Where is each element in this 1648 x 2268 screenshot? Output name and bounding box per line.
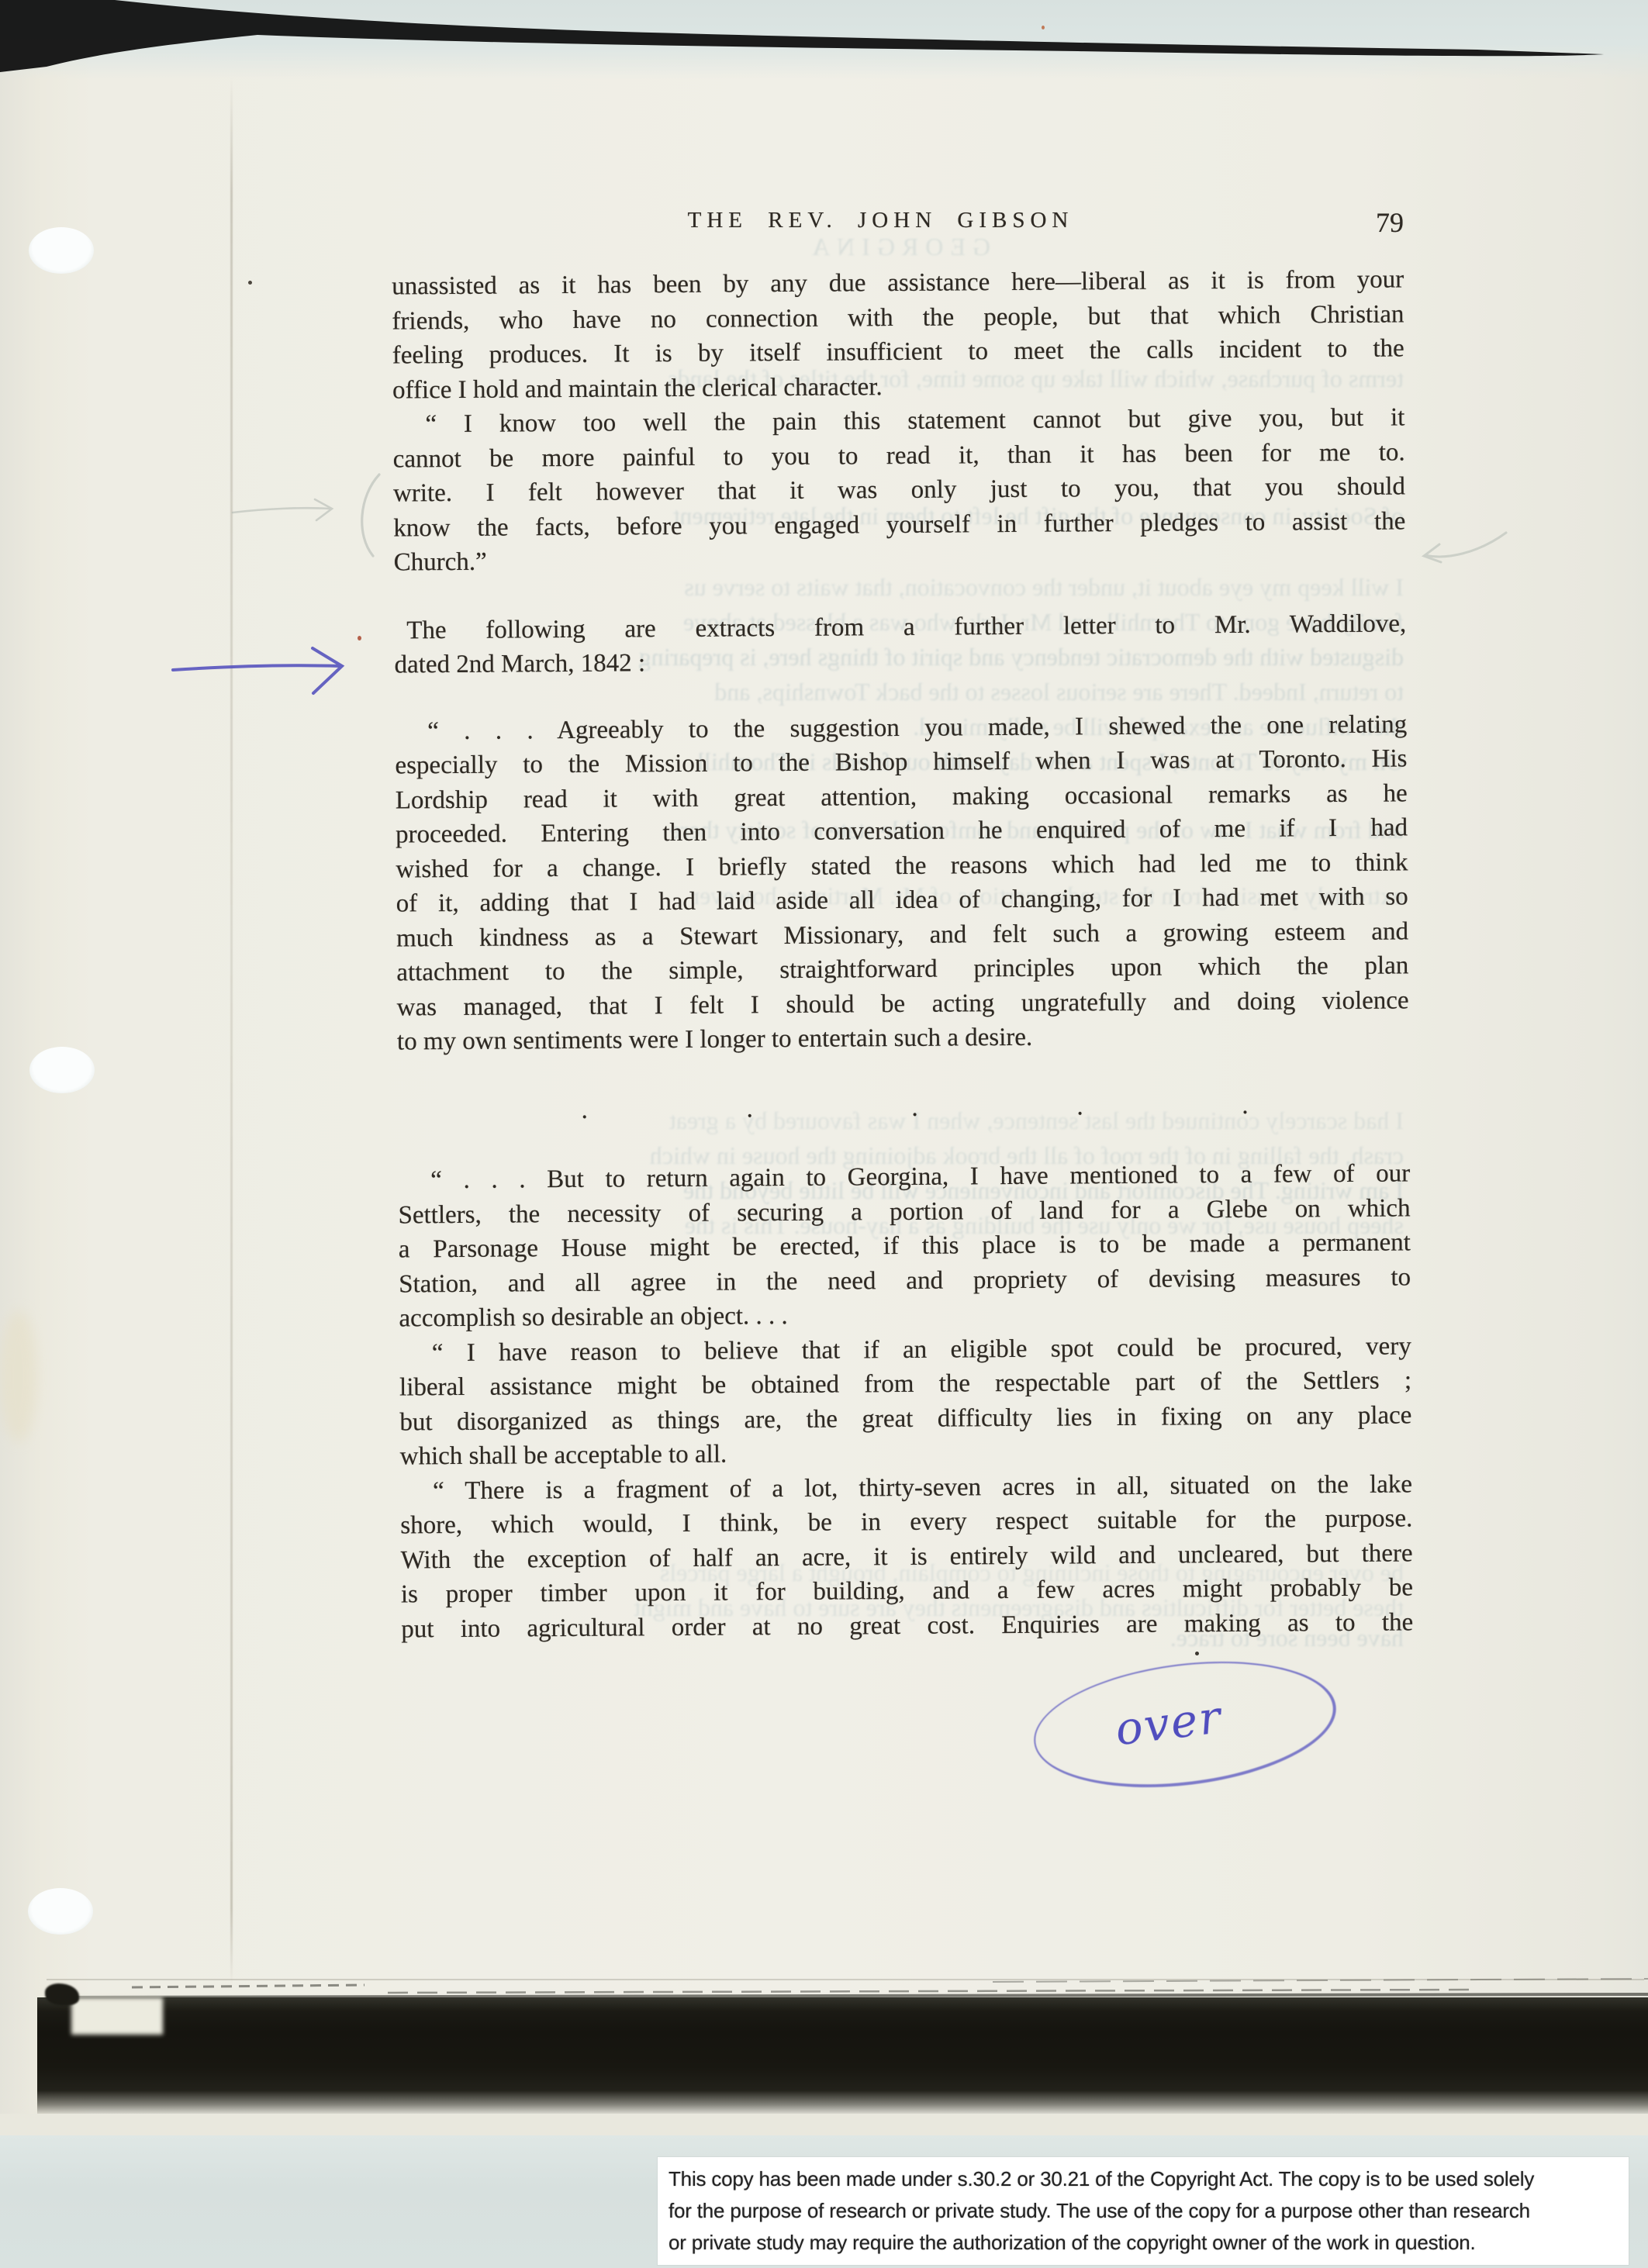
paragraph-p3: The following are extracts from a furthe… bbox=[394, 606, 1407, 682]
body-line: know the facts, before you engaged yours… bbox=[393, 504, 1405, 546]
scan-edge-artifact-bottom bbox=[37, 1997, 1648, 2114]
body-line: The following are extracts from a furthe… bbox=[394, 606, 1406, 648]
body-line: put into agricultural order at no great … bbox=[401, 1605, 1413, 1647]
punch-hole-top bbox=[29, 227, 94, 274]
paragraph-p2: “ I know too well the pain this statemen… bbox=[392, 400, 1406, 580]
paper-bottom-margin bbox=[0, 2114, 1648, 2135]
scan-edge-artifact-top bbox=[0, 0, 1648, 85]
body-line: Church.” bbox=[394, 538, 1406, 580]
pencil-swoosh bbox=[1424, 533, 1506, 562]
body-line: feeling produces. It is by itself insuff… bbox=[392, 331, 1404, 373]
ink-speck bbox=[248, 281, 252, 285]
paragraph-p4: “ . . . Agreeably to the suggestion you … bbox=[395, 707, 1409, 1059]
copyright-stamp-text: This copy has been made under s.30.2 or … bbox=[669, 2163, 1622, 2259]
body-line: to my own sentiments were I longer to en… bbox=[397, 1017, 1409, 1059]
body-flow: unassisted as it has been by any due ass… bbox=[392, 262, 1413, 1646]
paper-stain bbox=[0, 1310, 37, 1442]
section-break-dots: ..... bbox=[397, 1088, 1248, 1128]
scan-speckle-lines bbox=[47, 1979, 1648, 1997]
page-crease-line bbox=[230, 78, 233, 1985]
red-speck bbox=[1042, 26, 1045, 29]
paragraph-p6: “ I have reason to believe that if an el… bbox=[399, 1329, 1412, 1474]
red-speck bbox=[358, 636, 361, 640]
body-line: dated 2nd March, 1842 : bbox=[394, 640, 1406, 682]
ink-speck bbox=[1195, 1652, 1199, 1655]
page-bottom-edge bbox=[47, 1979, 1644, 1980]
page-number: 79 bbox=[1376, 206, 1404, 239]
blue-margin-arrow bbox=[173, 648, 342, 693]
copyright-stamp-line: for the purpose of research or private s… bbox=[669, 2195, 1622, 2227]
body-line: Station, and all agree in the need and p… bbox=[399, 1260, 1411, 1302]
paragraph-p1: unassisted as it has been by any due ass… bbox=[392, 262, 1404, 407]
copyright-stamp-line: or private study may require the authori… bbox=[669, 2227, 1622, 2259]
copyright-stamp: This copy has been made under s.30.2 or … bbox=[658, 2157, 1629, 2265]
black-wedge-shape bbox=[0, 0, 1604, 72]
body-line: was managed, that I felt I should be act… bbox=[397, 983, 1409, 1025]
punch-hole-bottom bbox=[28, 1888, 93, 1935]
running-header: THE REV. JOHN GIBSON 79 bbox=[392, 208, 1404, 242]
band-blob bbox=[45, 1983, 79, 2005]
body-line: but disorganized as things are, the grea… bbox=[399, 1398, 1411, 1440]
pencil-arrow bbox=[233, 475, 379, 556]
copyright-stamp-line: This copy has been made under s.30.2 or … bbox=[669, 2163, 1622, 2195]
paragraph-p7: “ There is a fragment of a lot, thirty-s… bbox=[400, 1467, 1414, 1647]
page-title: THE REV. JOHN GIBSON bbox=[375, 208, 1387, 233]
scanned-page: THE REV. JOHN GIBSON 79 GEORGINAterms of… bbox=[0, 0, 1648, 2268]
punch-hole-middle bbox=[29, 1047, 95, 1093]
paragraph-p5: “ . . . But to return again to Georgina,… bbox=[398, 1156, 1411, 1336]
band-white-notch bbox=[71, 1997, 163, 2035]
